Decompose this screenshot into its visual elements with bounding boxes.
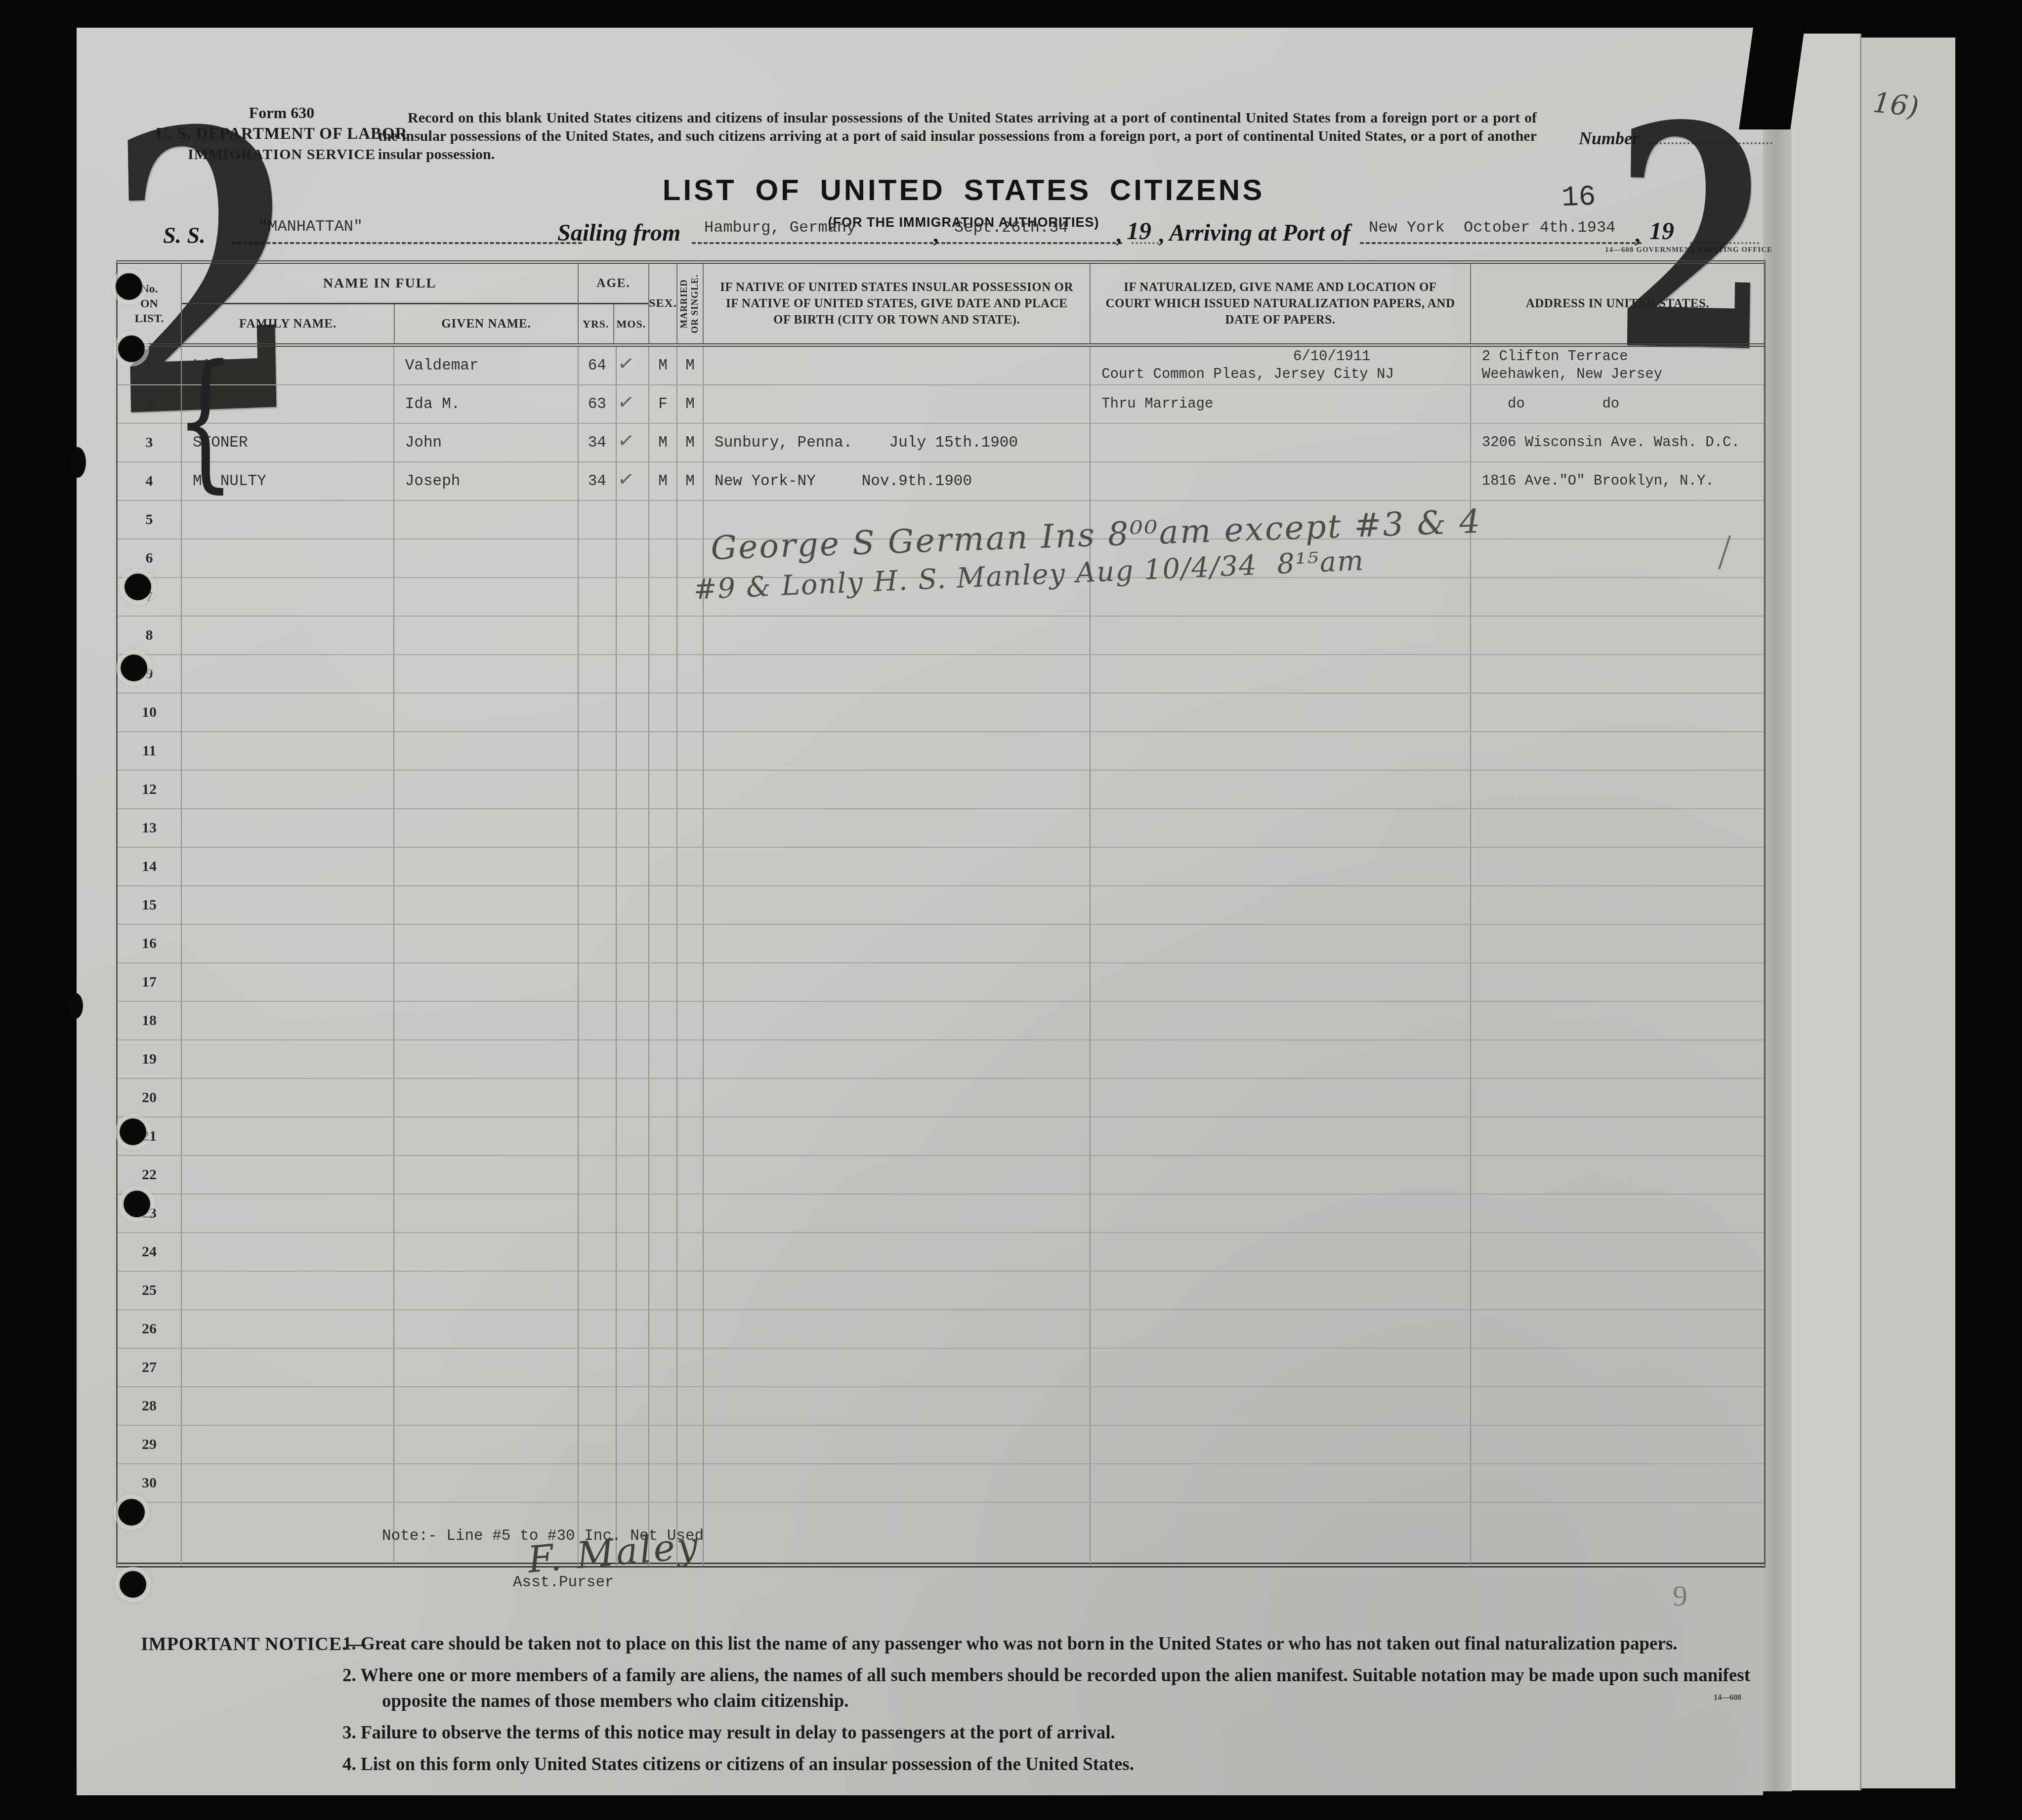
cell-birth [704, 1079, 1091, 1117]
cell-given [394, 1002, 579, 1039]
punch-hole [125, 574, 151, 600]
cell-no: 2 [118, 385, 182, 423]
table-row: 18 [118, 1002, 1764, 1040]
cell-yrs [579, 1233, 617, 1271]
cell-no: 30 [118, 1464, 182, 1502]
cell-no: 28 [118, 1387, 182, 1425]
cell-addr [1471, 1272, 1764, 1309]
cell-natz [1091, 694, 1471, 731]
cell-natz: 6/10/1911Court Common Pleas, Jersey City… [1091, 347, 1471, 384]
cell-natz [1091, 771, 1471, 808]
cell-given: Ida M. [394, 385, 579, 423]
cell-addr [1471, 617, 1764, 654]
sailing-date-field: Sept.26th.34 [947, 218, 1122, 244]
cell-birth [704, 886, 1091, 924]
cell-addr [1471, 848, 1764, 885]
cell-birth [704, 1117, 1091, 1155]
cell-sex [649, 1195, 677, 1232]
cell-sex [649, 771, 677, 808]
empty-cell [704, 1503, 1091, 1566]
cell-no: 13 [118, 809, 182, 847]
cell-family [182, 848, 394, 885]
cell-line: 2 Clifton Terrace [1482, 348, 1764, 366]
cell-addr [1471, 1464, 1764, 1502]
cell-natz [1091, 1040, 1471, 1078]
cell-addr [1471, 963, 1764, 1001]
punch-hole [121, 655, 147, 681]
cell-sex [649, 1002, 677, 1039]
cell-addr: do do [1471, 385, 1764, 423]
cell-ms [677, 1002, 704, 1039]
cell-yrs [579, 1040, 617, 1078]
cell-yrs [579, 732, 617, 770]
cell-ms [677, 655, 704, 693]
cell-addr [1471, 925, 1764, 962]
cell-natz [1091, 1079, 1471, 1117]
cell-given: Valdemar [394, 347, 579, 384]
cell-given [394, 1426, 579, 1463]
cell-natz [1091, 1426, 1471, 1463]
cell-no: 6 [118, 539, 182, 577]
cell-family [182, 694, 394, 731]
cell-sex [649, 925, 677, 962]
header-birth: IF NATIVE OF UNITED STATES INSULAR POSSE… [704, 264, 1091, 343]
cell-yrs [579, 694, 617, 731]
cell-ms [677, 1040, 704, 1078]
cell-line: Court Common Pleas, Jersey City NJ [1101, 366, 1470, 383]
print-code: 14—608 [1714, 1694, 1741, 1702]
cell-natz [1091, 1002, 1471, 1039]
cell-given [394, 963, 579, 1001]
cell-sex [649, 809, 677, 847]
cell-yrs: 34 [579, 462, 617, 500]
cell-mos [617, 1233, 650, 1271]
cell-mos [617, 848, 650, 885]
cell-sex: F [649, 385, 677, 423]
cell-sex [649, 1426, 677, 1463]
pencil-checkmark: ✓ [617, 425, 634, 455]
cell-addr [1471, 1233, 1764, 1271]
cell-sex [649, 1117, 677, 1155]
cell-yrs [579, 1079, 617, 1117]
cell-addr [1471, 578, 1764, 616]
cell-family [182, 1464, 394, 1502]
cell-mos [617, 771, 650, 808]
cell-mos: ✓ [617, 462, 650, 500]
department-name: U. S. DEPARTMENT OF LABOR [119, 125, 445, 143]
punch-hole [124, 1191, 150, 1217]
table-row: 4MC NULTYJoseph34✓MMNew York-NY Nov.9th.… [118, 462, 1764, 501]
torn-edge-nick [68, 993, 83, 1019]
cell-birth [704, 1002, 1091, 1039]
table-row: 8 [118, 617, 1764, 655]
cell-mos [617, 539, 650, 577]
cell-natz [1091, 886, 1471, 924]
cell-sex [649, 617, 677, 654]
cell-sex [649, 1079, 677, 1117]
cell-addr [1471, 886, 1764, 924]
cell-sex [649, 732, 677, 770]
cell-birth [704, 1310, 1091, 1348]
cell-yrs [579, 539, 617, 577]
cell-addr [1471, 694, 1764, 731]
cell-sex [649, 539, 677, 577]
cell-no: 5 [118, 501, 182, 538]
cell-family [182, 732, 394, 770]
empty-cell [1471, 1503, 1764, 1566]
cell-yrs [579, 617, 617, 654]
header-yrs: YRS. [579, 304, 613, 343]
cell-addr: 3206 Wisconsin Ave. Wash. D.C. [1471, 424, 1764, 461]
table-row: 29 [118, 1426, 1764, 1464]
cell-ms [677, 848, 704, 885]
service-name: IMMIGRATION SERVICE [119, 146, 445, 163]
table-row: 3STONERJohn34✓MMSunbury, Penna. July 15t… [118, 424, 1764, 462]
cell-ms [677, 771, 704, 808]
cell-natz [1091, 1156, 1471, 1194]
cell-addr [1471, 771, 1764, 808]
cell-sex [649, 886, 677, 924]
cell-yrs [579, 1272, 617, 1309]
table-row: 26 [118, 1310, 1764, 1349]
empty-cell [1091, 1503, 1471, 1566]
cell-ms [677, 617, 704, 654]
cell-natz [1091, 1464, 1471, 1502]
cell-mos [617, 1464, 650, 1502]
cell-family [182, 1349, 394, 1386]
cell-ms [677, 1156, 704, 1194]
notice-item: 4. List on this form only United States … [342, 1752, 1769, 1778]
cell-birth: Sunbury, Penna. July 15th.1900 [704, 424, 1091, 461]
cell-natz [1091, 617, 1471, 654]
cell-mos [617, 1272, 650, 1309]
cell-natz [1091, 809, 1471, 847]
cell-birth [704, 1195, 1091, 1232]
notice-item: 3. Failure to observe the terms of this … [342, 1720, 1769, 1746]
cell-sex: M [649, 347, 677, 384]
cell-ms [677, 1272, 704, 1309]
cell-natz [1091, 1349, 1471, 1386]
cell-sex [649, 848, 677, 885]
cell-family [182, 886, 394, 924]
cell-sex [649, 1349, 677, 1386]
cell-family [182, 539, 394, 577]
cell-ms [677, 539, 704, 577]
cell-mos: ✓ [617, 347, 650, 384]
cell-sex [649, 655, 677, 693]
cell-addr [1471, 809, 1764, 847]
cell-mos: ✓ [617, 385, 650, 423]
cell-given [394, 925, 579, 962]
cell-sex [649, 963, 677, 1001]
cell-sex [649, 694, 677, 731]
cell-ms [677, 1387, 704, 1425]
cell-yrs [579, 1349, 617, 1386]
notice-item: 1. Great care should be taken not to pla… [342, 1631, 1769, 1657]
cell-addr [1471, 1387, 1764, 1425]
cell-yrs [579, 809, 617, 847]
cell-sex [649, 1464, 677, 1502]
cell-given [394, 886, 579, 924]
cell-ms [677, 925, 704, 962]
cell-given [394, 1233, 579, 1271]
table-row: 1LASSENValdemar64✓MM6/10/1911Court Commo… [118, 347, 1764, 385]
cell-natz [1091, 424, 1471, 461]
page-stamp-16: 16 [1561, 181, 1597, 214]
cell-yrs: 34 [579, 424, 617, 461]
cell-sex [649, 1156, 677, 1194]
cell-birth [704, 732, 1091, 770]
cell-yrs: 64 [579, 347, 617, 384]
cell-family [182, 1387, 394, 1425]
cell-yrs [579, 771, 617, 808]
cell-mos [617, 925, 650, 962]
cell-sex [649, 1310, 677, 1348]
cell-no: 12 [118, 771, 182, 808]
cell-ms: M [677, 424, 704, 461]
cell-given [394, 732, 579, 770]
family-brace-annotation: { [176, 346, 235, 495]
cell-ms: M [677, 462, 704, 500]
sailing-port-field: Hamburg, Germany [692, 218, 945, 244]
cell-mos [617, 1310, 650, 1348]
cell-addr [1471, 1195, 1764, 1232]
cell-mos [617, 732, 650, 770]
cell-natz [1091, 925, 1471, 962]
page-title: LIST OF UNITED STATES CITIZENS [632, 173, 1295, 207]
cell-no: 18 [118, 1002, 182, 1039]
cell-natz [1091, 1117, 1471, 1155]
cell-family [182, 771, 394, 808]
cell-birth [704, 963, 1091, 1001]
cell-family [182, 1002, 394, 1039]
cell-ms [677, 886, 704, 924]
cell-given [394, 1310, 579, 1348]
table-row: 20 [118, 1079, 1764, 1117]
cell-birth [704, 385, 1091, 423]
cell-no: 10 [118, 694, 182, 731]
table-row: 22 [118, 1156, 1764, 1195]
cell-addr [1471, 1117, 1764, 1155]
cell-birth [704, 848, 1091, 885]
cell-mos [617, 1156, 650, 1194]
punch-hole [118, 335, 145, 362]
cell-mos [617, 1426, 650, 1463]
cell-addr [1471, 1349, 1764, 1386]
header-address: ADDRESS IN UNITED STATES. [1471, 264, 1764, 343]
cell-sex [649, 1233, 677, 1271]
signer-title: Asst.Purser [513, 1574, 614, 1591]
cell-birth [704, 1387, 1091, 1425]
cell-given [394, 1040, 579, 1078]
cell-line: 1816 Ave."O" Brooklyn, N.Y. [1482, 472, 1764, 490]
cell-birth [704, 1156, 1091, 1194]
header-given-name: GIVEN NAME. [394, 304, 578, 343]
cell-ms [677, 694, 704, 731]
cell-given [394, 578, 579, 616]
cell-family [182, 1040, 394, 1078]
cell-line: Thru Marriage [1101, 395, 1470, 413]
cell-yrs [579, 925, 617, 962]
cell-mos [617, 694, 650, 731]
cell-addr [1471, 1040, 1764, 1078]
cell-yrs [579, 848, 617, 885]
cell-family [182, 655, 394, 693]
table-row: 15 [118, 886, 1764, 925]
cell-birth [704, 1272, 1091, 1309]
punch-hole [120, 1571, 146, 1598]
cell-mos [617, 886, 650, 924]
arriving-at-port-label: Arriving at Port of [1169, 219, 1350, 247]
cell-no: 26 [118, 1310, 182, 1348]
cell-addr [1471, 1310, 1764, 1348]
scanned-manifest-page: { "form": { "form_number": "Form 630", "… [0, 0, 2022, 1820]
cell-family [182, 1426, 394, 1463]
table-row: 25 [118, 1272, 1764, 1310]
cell-addr [1471, 501, 1764, 538]
cell-birth [704, 694, 1091, 731]
header-naturalization: IF NATURALIZED, GIVE NAME AND LOCATION O… [1091, 264, 1471, 343]
comma: , [1158, 221, 1164, 248]
table-row: 2LASSENIda M.63✓FMThru Marriage do do [118, 385, 1764, 424]
cell-birth [704, 771, 1091, 808]
header-name-group: NAME IN FULL FAMILY NAME. GIVEN NAME. [182, 264, 579, 343]
pencil-checkmark: ✓ [617, 348, 634, 378]
cell-line: 6/10/1911 [1101, 348, 1470, 366]
cell-no: 11 [118, 732, 182, 770]
table-row: 17 [118, 963, 1764, 1002]
cell-no: 22 [118, 1156, 182, 1194]
cell-sex [649, 501, 677, 538]
table-row: 28 [118, 1387, 1764, 1426]
table-row: 10 [118, 694, 1764, 732]
comma: , [1116, 221, 1122, 248]
arrival-port-field: New York October 4th.1934 [1360, 218, 1642, 244]
cell-ms [677, 1310, 704, 1348]
important-notice: IMPORTANT NOTICE.— 1. Great care should … [141, 1631, 1769, 1783]
table-row: 13 [118, 809, 1764, 848]
cell-given: John [394, 424, 579, 461]
cell-mos [617, 1079, 650, 1117]
cell-family [182, 617, 394, 654]
cell-natz [1091, 1310, 1471, 1348]
cell-addr [1471, 1156, 1764, 1194]
cell-ms [677, 1195, 704, 1232]
cell-yrs [579, 886, 617, 924]
cell-sex [649, 1040, 677, 1078]
cell-line: do do [1482, 395, 1764, 413]
header-married-or-single: MARRIED OR SINGLE. [677, 264, 704, 343]
cell-family [182, 1156, 394, 1194]
year-fill-line [1132, 222, 1159, 244]
cell-natz [1091, 732, 1471, 770]
cell-family [182, 1310, 394, 1348]
cell-yrs [579, 1310, 617, 1348]
cell-given [394, 1349, 579, 1386]
table-row: 12 [118, 771, 1764, 809]
cell-yrs [579, 501, 617, 538]
cell-family [182, 1117, 394, 1155]
pencil-checkmark: ✓ [617, 464, 634, 494]
cell-sex: M [649, 424, 677, 461]
cell-ms [677, 1117, 704, 1155]
cell-yrs [579, 1117, 617, 1155]
table-row: 30 [118, 1464, 1764, 1503]
torn-edge-nick [69, 447, 86, 478]
cell-given [394, 1387, 579, 1425]
cell-mos [617, 578, 650, 616]
cell-birth [704, 1464, 1091, 1502]
cell-mos [617, 501, 650, 538]
cell-yrs [579, 578, 617, 616]
cell-given [394, 617, 579, 654]
cell-birth [704, 1426, 1091, 1463]
cell-given [394, 1272, 579, 1309]
cell-family [182, 578, 394, 616]
cell-yrs [579, 1426, 617, 1463]
cell-given [394, 655, 579, 693]
cell-ms [677, 1079, 704, 1117]
cell-addr: 2 Clifton TerraceWeehawken, New Jersey [1471, 347, 1764, 384]
form-identity: Form 630 U. S. DEPARTMENT OF LABOR IMMIG… [119, 104, 445, 163]
cell-given: Joseph [394, 462, 579, 500]
cell-ms: M [677, 347, 704, 384]
cell-ms [677, 1426, 704, 1463]
cell-no: 16 [118, 925, 182, 962]
cell-birth [704, 925, 1091, 962]
cell-yrs [579, 1195, 617, 1232]
punch-hole [120, 1118, 146, 1145]
cell-given [394, 539, 579, 577]
cell-no: 20 [118, 1079, 182, 1117]
cell-family [182, 1079, 394, 1117]
cell-mos [617, 809, 650, 847]
cell-ms [677, 809, 704, 847]
cell-no: 24 [118, 1233, 182, 1271]
cell-given [394, 694, 579, 731]
cell-family [182, 809, 394, 847]
table-header: No. ON LIST. NAME IN FULL FAMILY NAME. G… [118, 264, 1764, 347]
cell-ms [677, 1464, 704, 1502]
cell-addr [1471, 1426, 1764, 1463]
cell-ms: M [677, 385, 704, 423]
cell-ms [677, 732, 704, 770]
cell-birth [704, 1349, 1091, 1386]
cell-ms [677, 963, 704, 1001]
cell-family [182, 1195, 394, 1232]
cell-no: 27 [118, 1349, 182, 1386]
cell-addr [1471, 1079, 1764, 1117]
cell-given [394, 1195, 579, 1232]
cell-given [394, 1117, 579, 1155]
header-sex: SEX. [649, 264, 677, 343]
cell-addr [1471, 732, 1764, 770]
manifest-table: No. ON LIST. NAME IN FULL FAMILY NAME. G… [116, 260, 1766, 1568]
cell-family [182, 1272, 394, 1309]
cell-birth [704, 1040, 1091, 1078]
cell-natz [1091, 848, 1471, 885]
cell-mos [617, 1349, 650, 1386]
notice-item: 2. Where one or more members of a family… [342, 1663, 1769, 1714]
cell-birth [704, 655, 1091, 693]
cell-yrs [579, 963, 617, 1001]
cell-no: 14 [118, 848, 182, 885]
header-age: AGE. [579, 264, 648, 304]
cell-no: 19 [118, 1040, 182, 1078]
cell-natz [1091, 1233, 1471, 1271]
cell-addr [1471, 655, 1764, 693]
form-number: Form 630 [119, 104, 445, 122]
